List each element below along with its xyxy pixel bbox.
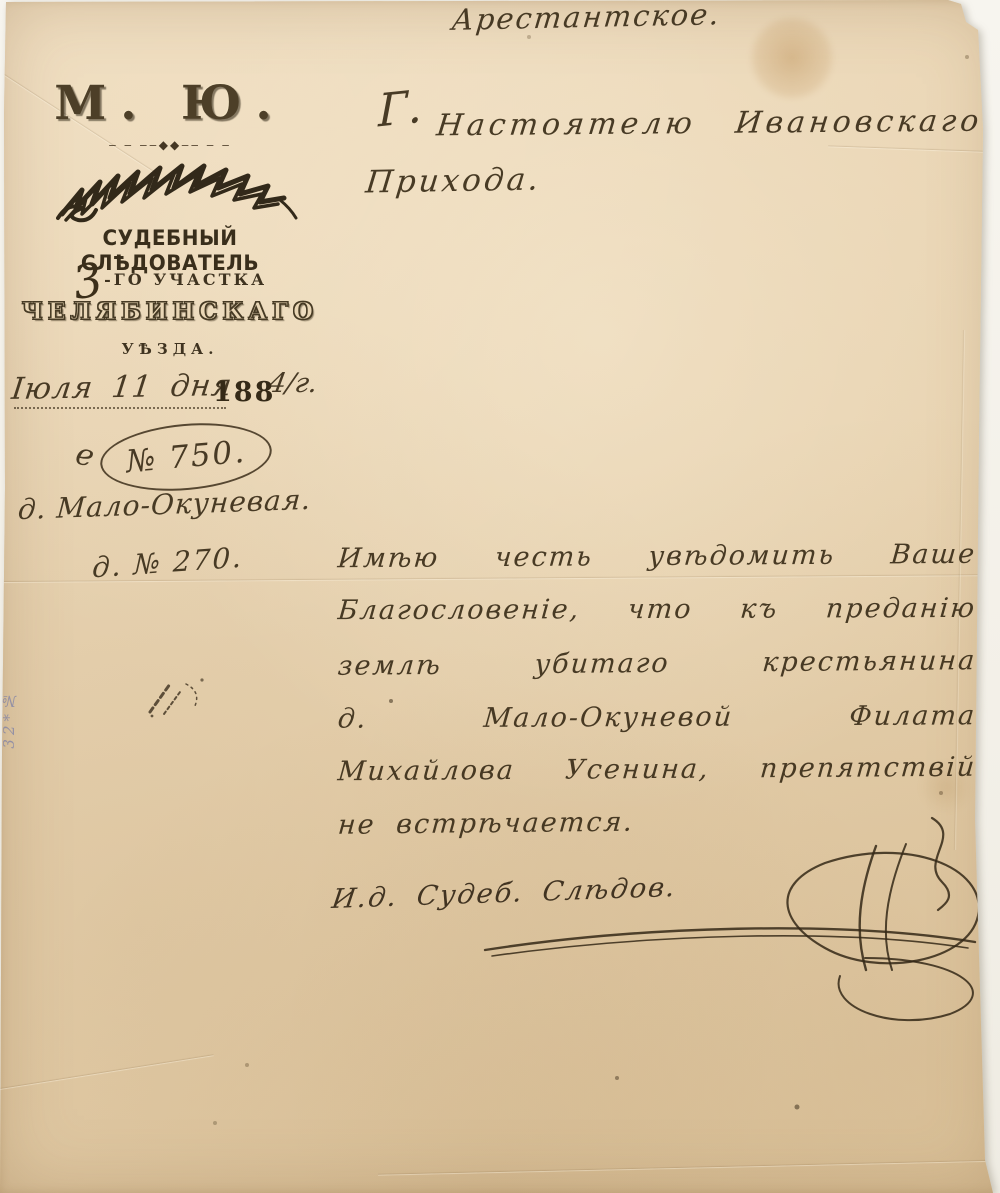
archive-margin-mark: 32*№ — [0, 688, 18, 749]
scan-background: Арестантское. М. Ю. ‒ ‒ ‒‒◆◆‒‒ ‒ ‒ СУДЕБ… — [0, 0, 1000, 1193]
letterhead-uezd: УѢЗДА. — [30, 340, 310, 358]
top-annotation: Арестантское. — [450, 0, 722, 37]
archive-margin-partial-mark — [0, 192, 4, 327]
body-line: Имѣю честь увѣдомить Ваше — [337, 539, 978, 574]
addressee-line2: Прихода. — [364, 161, 543, 200]
ornament-divider: ‒ ‒ ‒‒◆◆‒‒ ‒ ‒ — [30, 138, 310, 152]
ink-smudge — [140, 668, 224, 722]
date-year-suffix: 4/г. — [266, 368, 320, 399]
crossed-out-scribble — [52, 152, 302, 230]
date-dotted-line — [14, 407, 226, 409]
precinct-label: -ГО УЧАСТКА — [104, 270, 267, 289]
stain-spot — [748, 16, 836, 100]
paper-surface: Арестантское. М. Ю. ‒ ‒ ‒‒◆◆‒‒ ‒ ‒ СУДЕБ… — [0, 0, 1000, 1193]
ink-specks — [0, 0, 2, 2]
village-note: д. Мало-Окуневая. — [17, 483, 313, 526]
top-right-crease — [828, 145, 1000, 154]
ministry-abbreviation: М. Ю. — [30, 76, 310, 131]
signature-flourish — [320, 808, 1000, 1048]
bottom-left-crease — [0, 1054, 214, 1094]
letterhead-region: ЧЕЛЯБИНСКАГО — [20, 298, 320, 325]
addressee-salutation: Г. — [378, 80, 422, 138]
body-line: землѣ убитаго крестьянина — [337, 645, 978, 682]
body-line: Благословеніе, что къ преданію — [337, 593, 978, 626]
body-line: Михайлова Усенина, препятствій — [337, 752, 978, 787]
house-number-note: д. № 270. — [92, 541, 244, 585]
flourish-mark: e — [72, 436, 98, 474]
addressee-line1: Настоятелю Ивановскаго — [435, 104, 985, 144]
date-printed-year: 188 — [213, 377, 275, 408]
bottom-crease — [378, 1159, 1000, 1176]
document-paper: Арестантское. М. Ю. ‒ ‒ ‒‒◆◆‒‒ ‒ ‒ СУДЕБ… — [0, 0, 1000, 1193]
body-line: д. Мало-Окуневой Филата — [337, 700, 978, 734]
date-handwritten: Іюля 11 дня — [10, 368, 235, 407]
